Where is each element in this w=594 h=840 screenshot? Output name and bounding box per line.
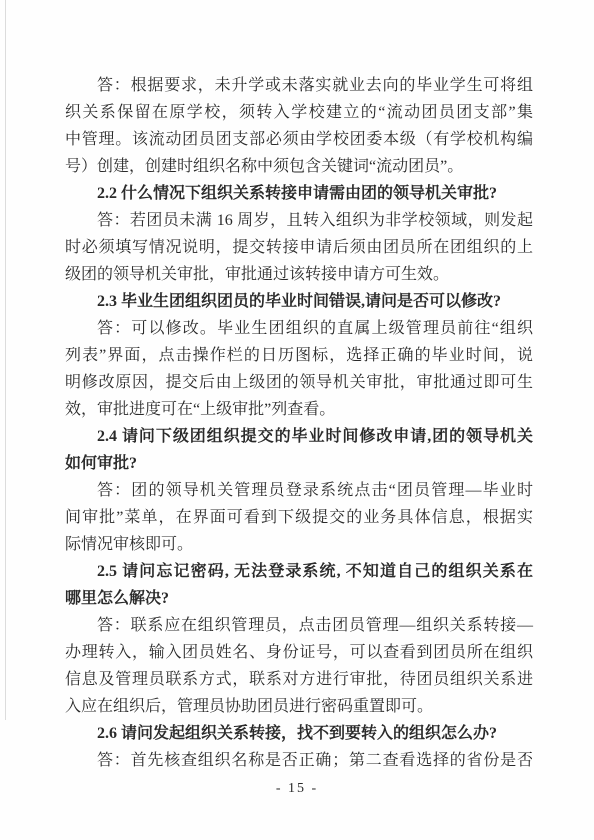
answer-line: 级团的领导机关审批，审批通过该转接申请方可生效。 — [65, 261, 533, 288]
document-page: 答：根据要求，未升学或未落实就业去向的毕业学生可将组织关系保留在原学校，须转入学… — [0, 0, 594, 840]
question-line: 2.4 请问下级团组织提交的毕业时间修改申请,团的领导机关 — [65, 423, 533, 450]
answer-block: 答：可以修改。毕业生团组织的直属上级管理员前往“组织列表”界面，点击操作栏的日历… — [65, 315, 533, 423]
scan-edge-artifact — [5, 0, 6, 720]
answer-line: 效，审批进度可在“上级审批”列查看。 — [65, 396, 533, 423]
question-block: 2.2 什么情况下组织关系转接申请需由团的领导机关审批? — [65, 180, 533, 207]
answer-block: 答：根据要求，未升学或未落实就业去向的毕业学生可将组织关系保留在原学校，须转入学… — [65, 72, 533, 180]
answer-line: 答：首先核查组织名称是否正确；第二查看选择的省份是否 — [65, 747, 533, 774]
answer-line: 入应在组织后，管理员协助团员进行密码重置即可。 — [65, 693, 533, 720]
answer-block: 答：联系应在组织管理员，点击团员管理—组织关系转接—办理转入，输入团员姓名、身份… — [65, 612, 533, 720]
answer-line: 答：可以修改。毕业生团组织的直属上级管理员前往“组织 — [65, 315, 533, 342]
question-block: 2.4 请问下级团组织提交的毕业时间修改申请,团的领导机关如何审批? — [65, 423, 533, 477]
document-body: 答：根据要求，未升学或未落实就业去向的毕业学生可将组织关系保留在原学校，须转入学… — [65, 72, 533, 774]
question-block: 2.6 请问发起组织关系转接，找不到要转入的组织怎么办? — [65, 720, 533, 747]
page-number: - 15 - — [0, 781, 594, 797]
answer-line: 时必须填写情况说明，提交转接申请后须由团员所在团组织的上 — [65, 234, 533, 261]
question-block: 2.5 请问忘记密码, 无法登录系统, 不知道自己的组织关系在哪里怎么解决? — [65, 558, 533, 612]
answer-line: 答：若团员未满 16 周岁，且转入组织为非学校领域，则发起 — [65, 207, 533, 234]
answer-block: 答：团的领导机关管理员登录系统点击“团员管理—毕业时间审批”菜单，在界面可看到下… — [65, 477, 533, 558]
answer-line: 明修改原因，提交后由上级团的领导机关审批，审批通过即可生 — [65, 369, 533, 396]
answer-line: 列表”界面，点击操作栏的日历图标，选择正确的毕业时间，说 — [65, 342, 533, 369]
answer-line: 答：根据要求，未升学或未落实就业去向的毕业学生可将组 — [65, 72, 533, 99]
answer-line: 信息及管理员联系方式，联系对方进行审批，待团员组织关系进 — [65, 666, 533, 693]
question-line: 2.5 请问忘记密码, 无法登录系统, 不知道自己的组织关系在 — [65, 558, 533, 585]
answer-line: 答：团的领导机关管理员登录系统点击“团员管理—毕业时 — [65, 477, 533, 504]
question-line: 2.6 请问发起组织关系转接，找不到要转入的组织怎么办? — [65, 720, 533, 747]
answer-block: 答：首先核查组织名称是否正确；第二查看选择的省份是否 — [65, 747, 533, 774]
answer-line: 际情况审核即可。 — [65, 531, 533, 558]
answer-line: 号）创建，创建时组织名称中须包含关键词“流动团员”。 — [65, 153, 533, 180]
answer-line: 办理转入，输入团员姓名、身份证号，可以查看到团员所在组织 — [65, 639, 533, 666]
question-line: 哪里怎么解决? — [65, 585, 533, 612]
answer-line: 答：联系应在组织管理员，点击团员管理—组织关系转接— — [65, 612, 533, 639]
answer-block: 答：若团员未满 16 周岁，且转入组织为非学校领域，则发起时必须填写情况说明，提… — [65, 207, 533, 288]
question-line: 2.2 什么情况下组织关系转接申请需由团的领导机关审批? — [65, 180, 533, 207]
question-block: 2.3 毕业生团组织团员的毕业时间错误,请问是否可以修改? — [65, 288, 533, 315]
answer-line: 织关系保留在原学校，须转入学校建立的“流动团员团支部”集 — [65, 99, 533, 126]
answer-line: 间审批”菜单，在界面可看到下级提交的业务具体信息，根据实 — [65, 504, 533, 531]
question-line: 2.3 毕业生团组织团员的毕业时间错误,请问是否可以修改? — [65, 288, 533, 315]
answer-line: 中管理。该流动团员团支部必须由学校团委本级（有学校机构编 — [65, 126, 533, 153]
question-line: 如何审批? — [65, 450, 533, 477]
